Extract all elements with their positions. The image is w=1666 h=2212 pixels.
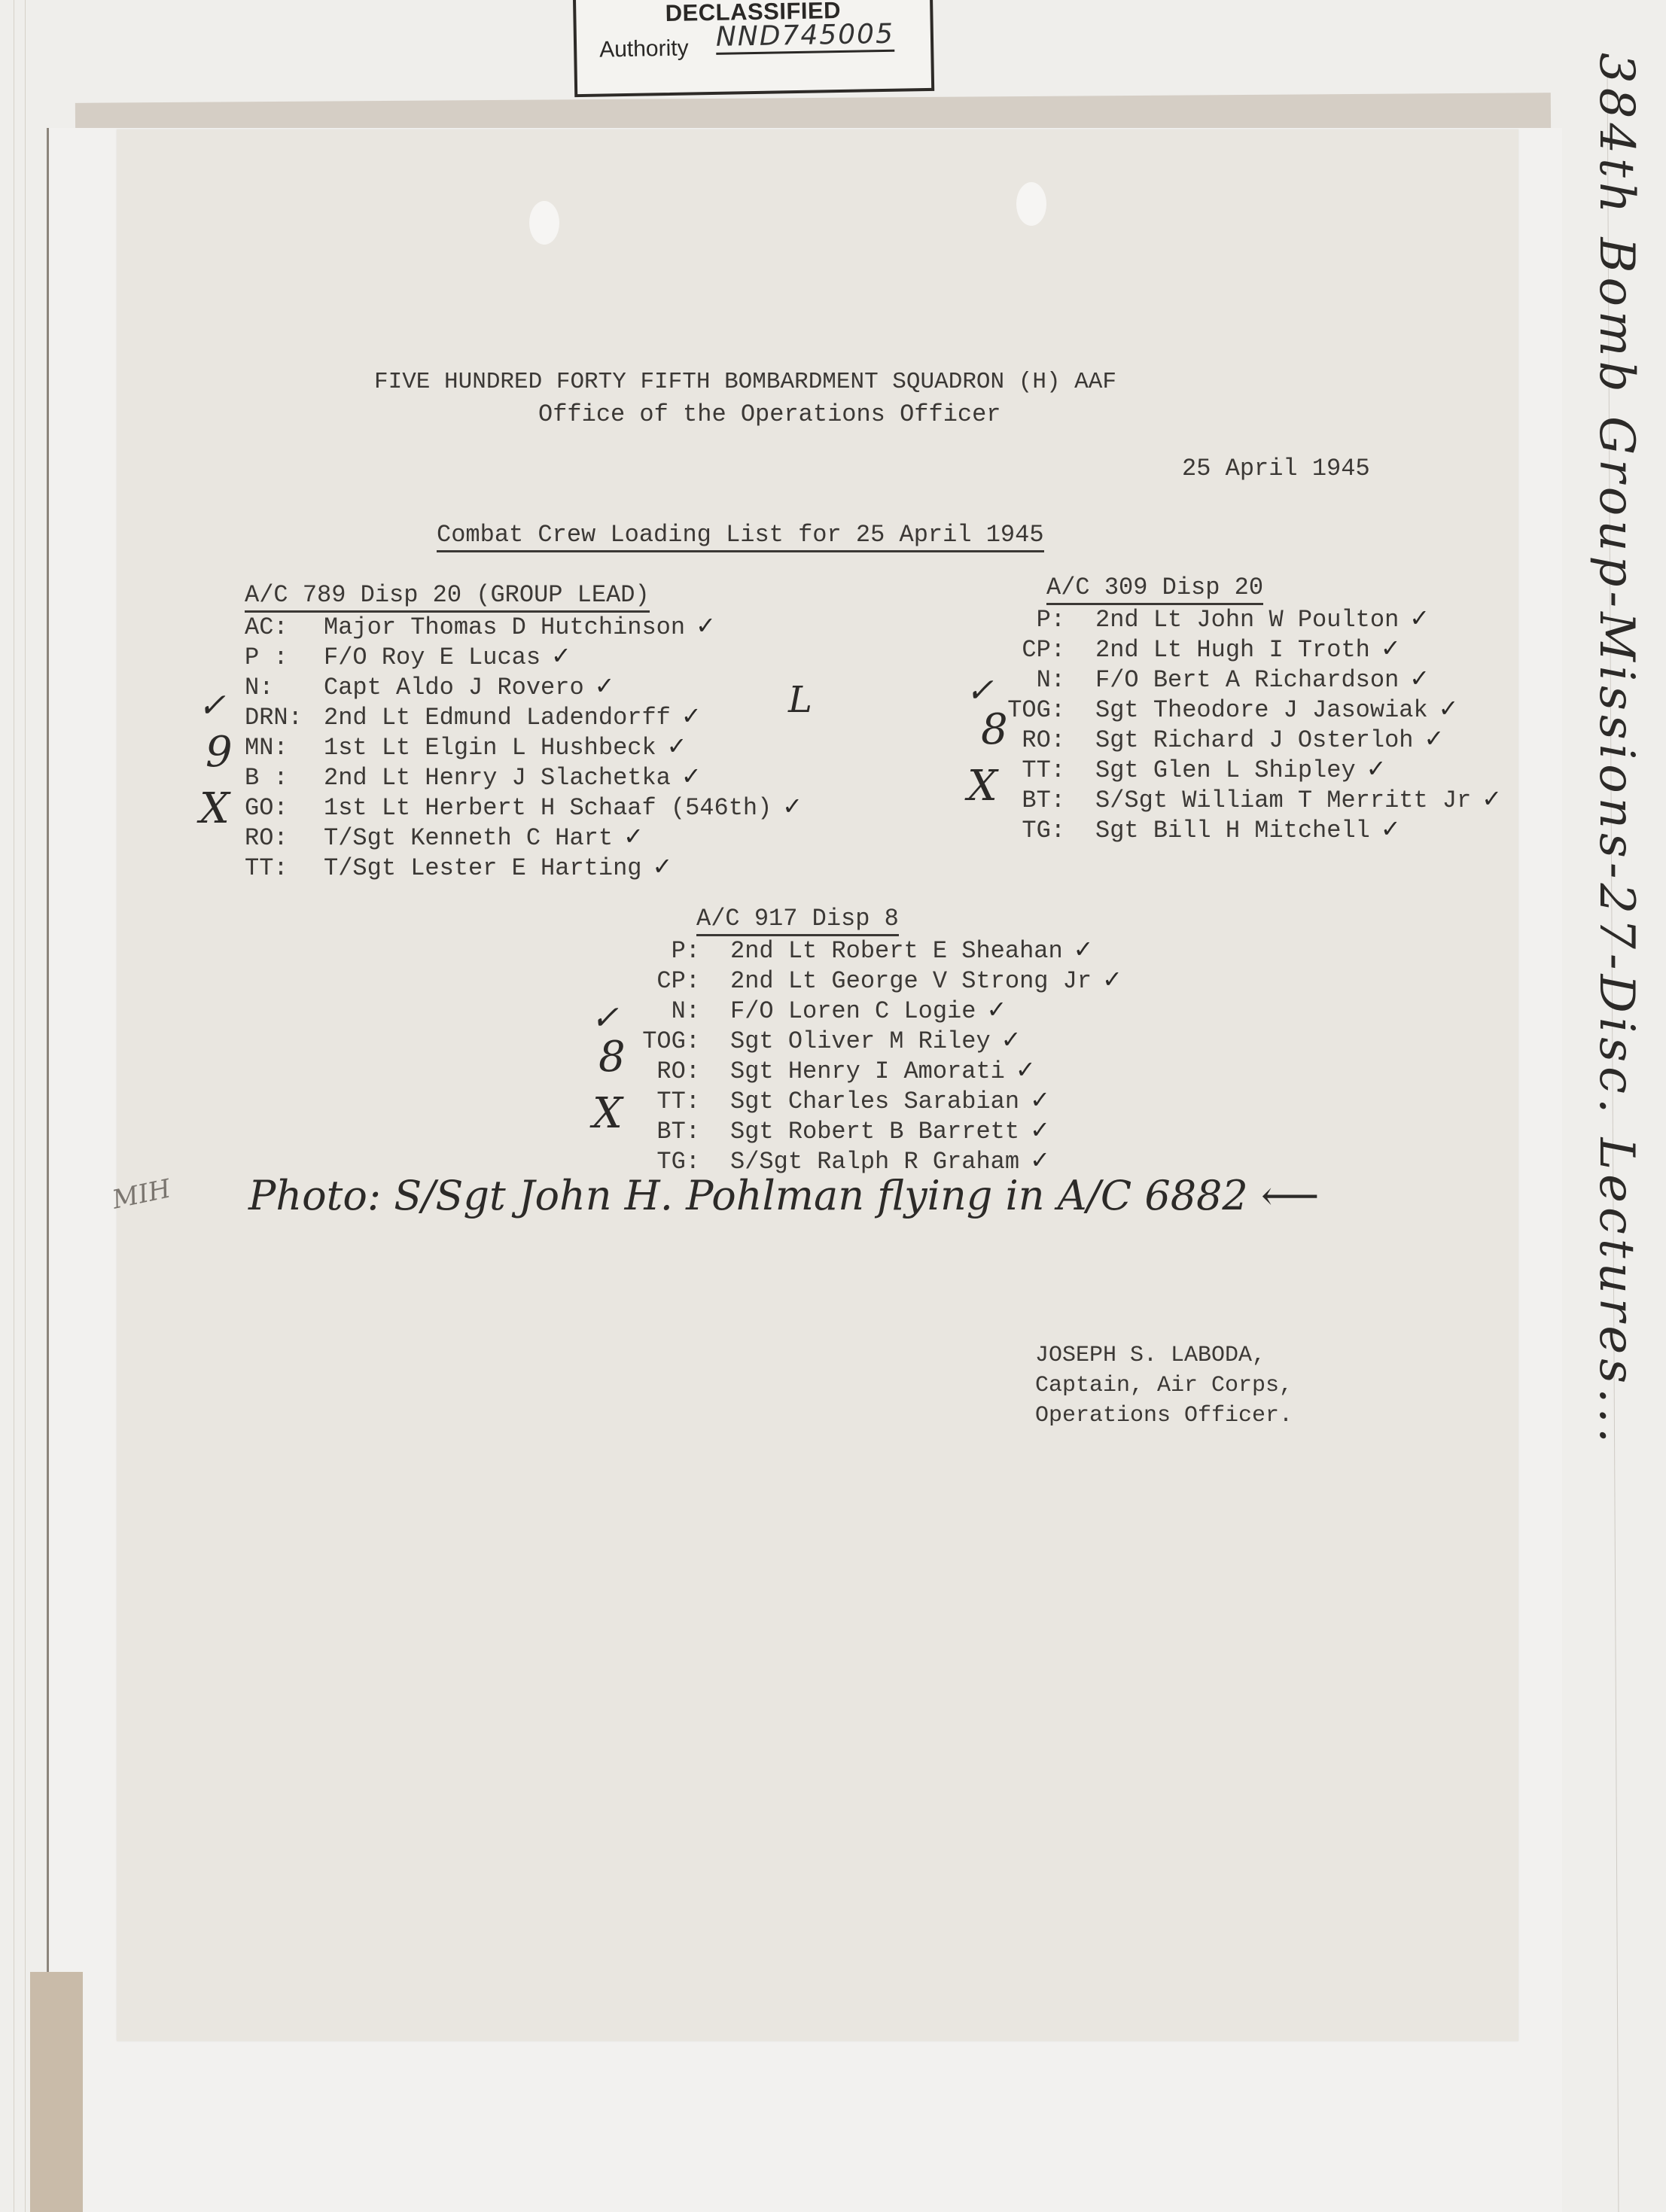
crew-position: GO: [245, 794, 324, 822]
crew-row: TOG:Sgt Oliver M Riley✓ [629, 1025, 1021, 1055]
crew-name: Sgt Charles Sarabian [730, 1088, 1019, 1115]
crew-row: AC:Major Thomas D Hutchinson✓ [245, 611, 716, 641]
check-mark-icon: ✓ [595, 671, 615, 700]
check-mark-icon: ✓ [696, 611, 716, 640]
crew-row: RO:Sgt Henry I Amorati✓ [629, 1055, 1036, 1085]
office-heading: Office of the Operations Officer [538, 400, 1001, 428]
aircraft-heading: A/C 789 Disp 20 (GROUP LEAD) [245, 581, 650, 613]
signature-title: Operations Officer. [1035, 1403, 1293, 1429]
crew-row: BT:Sgt Robert B Barrett✓ [629, 1115, 1050, 1146]
crew-position: TOG: [1005, 696, 1065, 724]
crew-position: N: [1005, 666, 1065, 694]
aircraft-heading: A/C 309 Disp 20 [1046, 574, 1263, 605]
document-page: FIVE HUNDRED FORTY FIFTH BOMBARDMENT SQU… [117, 129, 1518, 2041]
check-mark-icon: ✓ [1016, 1055, 1036, 1084]
handwritten-note: Photo: S/Sgt John H. Pohlman flying in A… [248, 1172, 1319, 1219]
crew-position: RO: [245, 824, 324, 852]
crew-name: Major Thomas D Hutchinson [324, 613, 685, 641]
crew-name: Sgt Glen L Shipley [1095, 756, 1356, 784]
check-mark-icon: ✓ [1366, 754, 1387, 783]
handwritten-initial-mark: L [788, 679, 812, 721]
crew-position: DRN: [245, 704, 324, 732]
check-mark-icon: ✓ [551, 641, 571, 670]
check-mark-icon: ✓ [1074, 935, 1094, 963]
margin-check-mark: ✓ [591, 999, 619, 1037]
crew-row: MN:1st Lt Elgin L Hushbeck✓ [245, 732, 687, 762]
crew-name: T/Sgt Lester E Harting [324, 854, 641, 882]
punch-hole-right [1016, 182, 1046, 226]
crew-name: 2nd Lt George V Strong Jr [730, 967, 1092, 995]
stamp-authority-code: NND745005 [716, 19, 895, 55]
crew-name: F/O Roy E Lucas [324, 644, 541, 671]
crew-name: Sgt Henry I Amorati [730, 1057, 1005, 1085]
check-mark-icon: ✓ [1424, 724, 1444, 753]
crew-name: 1st Lt Herbert H Schaaf (546th) [324, 794, 772, 822]
crew-position: N: [629, 997, 700, 1025]
crew-position: BT: [1005, 787, 1065, 814]
declassified-stamp: DECLASSIFIED Authority NND745005 [573, 0, 934, 97]
check-mark-icon: ✓ [681, 762, 702, 790]
crew-position: BT: [629, 1118, 700, 1146]
crew-row: RO:Sgt Richard J Osterloh✓ [1005, 724, 1444, 754]
crew-position: TOG: [629, 1027, 700, 1055]
check-mark-icon: ✓ [1030, 1085, 1050, 1114]
crew-name: 1st Lt Elgin L Hushbeck [324, 734, 656, 762]
crew-row: BT:S/Sgt William T Merritt Jr✓ [1005, 784, 1502, 814]
crew-row: TT:Sgt Glen L Shipley✓ [1005, 754, 1386, 784]
check-mark-icon: ✓ [623, 822, 644, 850]
crew-row: B :2nd Lt Henry J Slachetka✓ [245, 762, 702, 792]
crew-row: TG:Sgt Bill H Mitchell✓ [1005, 814, 1401, 844]
crew-name: Sgt Bill H Mitchell [1095, 817, 1370, 844]
crew-row: TOG:Sgt Theodore J Jasowiak✓ [1005, 694, 1458, 724]
list-title: Combat Crew Loading List for 25 April 19… [437, 521, 1044, 552]
margin-cross-mark: X [199, 784, 230, 833]
crew-position: P: [629, 937, 700, 965]
margin-number-mark: 8 [981, 705, 1008, 754]
crew-row: RO:T/Sgt Kenneth C Hart✓ [245, 822, 644, 852]
check-mark-icon: ✓ [667, 732, 687, 760]
punch-hole-left [529, 201, 559, 245]
crew-position: CP: [629, 967, 700, 995]
check-mark-icon: ✓ [1102, 965, 1122, 993]
crew-position: N: [245, 674, 324, 701]
document-date: 25 April 1945 [1182, 455, 1370, 482]
check-mark-icon: ✓ [986, 995, 1007, 1024]
crew-position: AC: [245, 613, 324, 641]
margin-number-mark: 9 [206, 728, 233, 777]
stamp-authority-label: Authority [599, 36, 689, 63]
crew-position: B : [245, 764, 324, 792]
crew-position: TT: [629, 1088, 700, 1115]
crew-name: 2nd Lt Hugh I Troth [1095, 636, 1370, 664]
crew-name: Sgt Oliver M Riley [730, 1027, 991, 1055]
check-mark-icon: ✓ [1381, 814, 1401, 843]
signature-rank: Captain, Air Corps, [1035, 1373, 1293, 1398]
crew-row: N:F/O Loren C Logie✓ [629, 995, 1007, 1025]
check-mark-icon: ✓ [681, 701, 702, 730]
check-mark-icon: ✓ [782, 792, 803, 820]
check-mark-icon: ✓ [1409, 604, 1430, 632]
crew-name: 2nd Lt Henry J Slachetka [324, 764, 671, 792]
margin-cross-mark: X [967, 762, 997, 811]
crew-name: Sgt Richard J Osterloh [1095, 726, 1413, 754]
check-mark-icon: ✓ [1381, 634, 1401, 662]
crew-row: N:Capt Aldo J Rovero✓ [245, 671, 614, 701]
crew-row: DRN:2nd Lt Edmund Ladendorff✓ [245, 701, 702, 732]
crew-name: Capt Aldo J Rovero [324, 674, 584, 701]
crew-name: Sgt Robert B Barrett [730, 1118, 1019, 1146]
crew-row: TG:S/Sgt Ralph R Graham✓ [629, 1146, 1050, 1176]
crew-row: GO:1st Lt Herbert H Schaaf (546th)✓ [245, 792, 803, 822]
margin-check-mark: ✓ [966, 671, 994, 710]
crew-row: P:2nd Lt John W Poulton✓ [1005, 604, 1430, 634]
crew-row: TT:Sgt Charles Sarabian✓ [629, 1085, 1050, 1115]
crew-position: TG: [1005, 817, 1065, 844]
handwritten-initials: MIH [110, 1173, 174, 1215]
check-mark-icon: ✓ [1030, 1115, 1050, 1144]
check-mark-icon: ✓ [652, 852, 672, 881]
margin-cross-mark: X [592, 1089, 623, 1138]
crew-name: S/Sgt William T Merritt Jr [1095, 787, 1471, 814]
margin-handwritten-note: 384th Bomb Group-Missions-27-Disc. Lectu… [1588, 53, 1644, 1447]
folder-tab [30, 1972, 83, 2212]
crew-row: CP:2nd Lt George V Strong Jr✓ [629, 965, 1122, 995]
crew-position: CP: [1005, 636, 1065, 664]
crew-name: 2nd Lt Robert E Sheahan [730, 937, 1063, 965]
crew-position: RO: [629, 1057, 700, 1085]
crew-position: P : [245, 644, 324, 671]
crew-name: F/O Loren C Logie [730, 997, 976, 1025]
margin-check-mark: ✓ [198, 686, 226, 725]
aircraft-heading: A/C 917 Disp 8 [696, 905, 899, 936]
check-mark-icon: ✓ [1409, 664, 1430, 692]
crew-name: T/Sgt Kenneth C Hart [324, 824, 613, 852]
crew-name: F/O Bert A Richardson [1095, 666, 1399, 694]
crew-name: 2nd Lt John W Poulton [1095, 606, 1399, 634]
signature-name: JOSEPH S. LABODA, [1035, 1343, 1265, 1368]
check-mark-icon: ✓ [1001, 1025, 1022, 1054]
folder-edge [14, 0, 26, 2212]
crew-name: 2nd Lt Edmund Ladendorff [324, 704, 671, 732]
crew-position: P: [1005, 606, 1065, 634]
crew-row: CP:2nd Lt Hugh I Troth✓ [1005, 634, 1401, 664]
margin-number-mark: 8 [598, 1033, 626, 1082]
check-mark-icon: ✓ [1439, 694, 1459, 723]
crew-row: P :F/O Roy E Lucas✓ [245, 641, 571, 671]
check-mark-icon: ✓ [1030, 1146, 1050, 1174]
crew-position: MN: [245, 734, 324, 762]
crew-position: TT: [1005, 756, 1065, 784]
crew-row: P:2nd Lt Robert E Sheahan✓ [629, 935, 1093, 965]
crew-row: TT:T/Sgt Lester E Harting✓ [245, 852, 672, 882]
crew-position: RO: [1005, 726, 1065, 754]
crew-name: Sgt Theodore J Jasowiak [1095, 696, 1428, 724]
squadron-heading: FIVE HUNDRED FORTY FIFTH BOMBARDMENT SQU… [374, 369, 1116, 395]
crew-row: N:F/O Bert A Richardson✓ [1005, 664, 1430, 694]
check-mark-icon: ✓ [1482, 784, 1502, 813]
crew-position: TT: [245, 854, 324, 882]
